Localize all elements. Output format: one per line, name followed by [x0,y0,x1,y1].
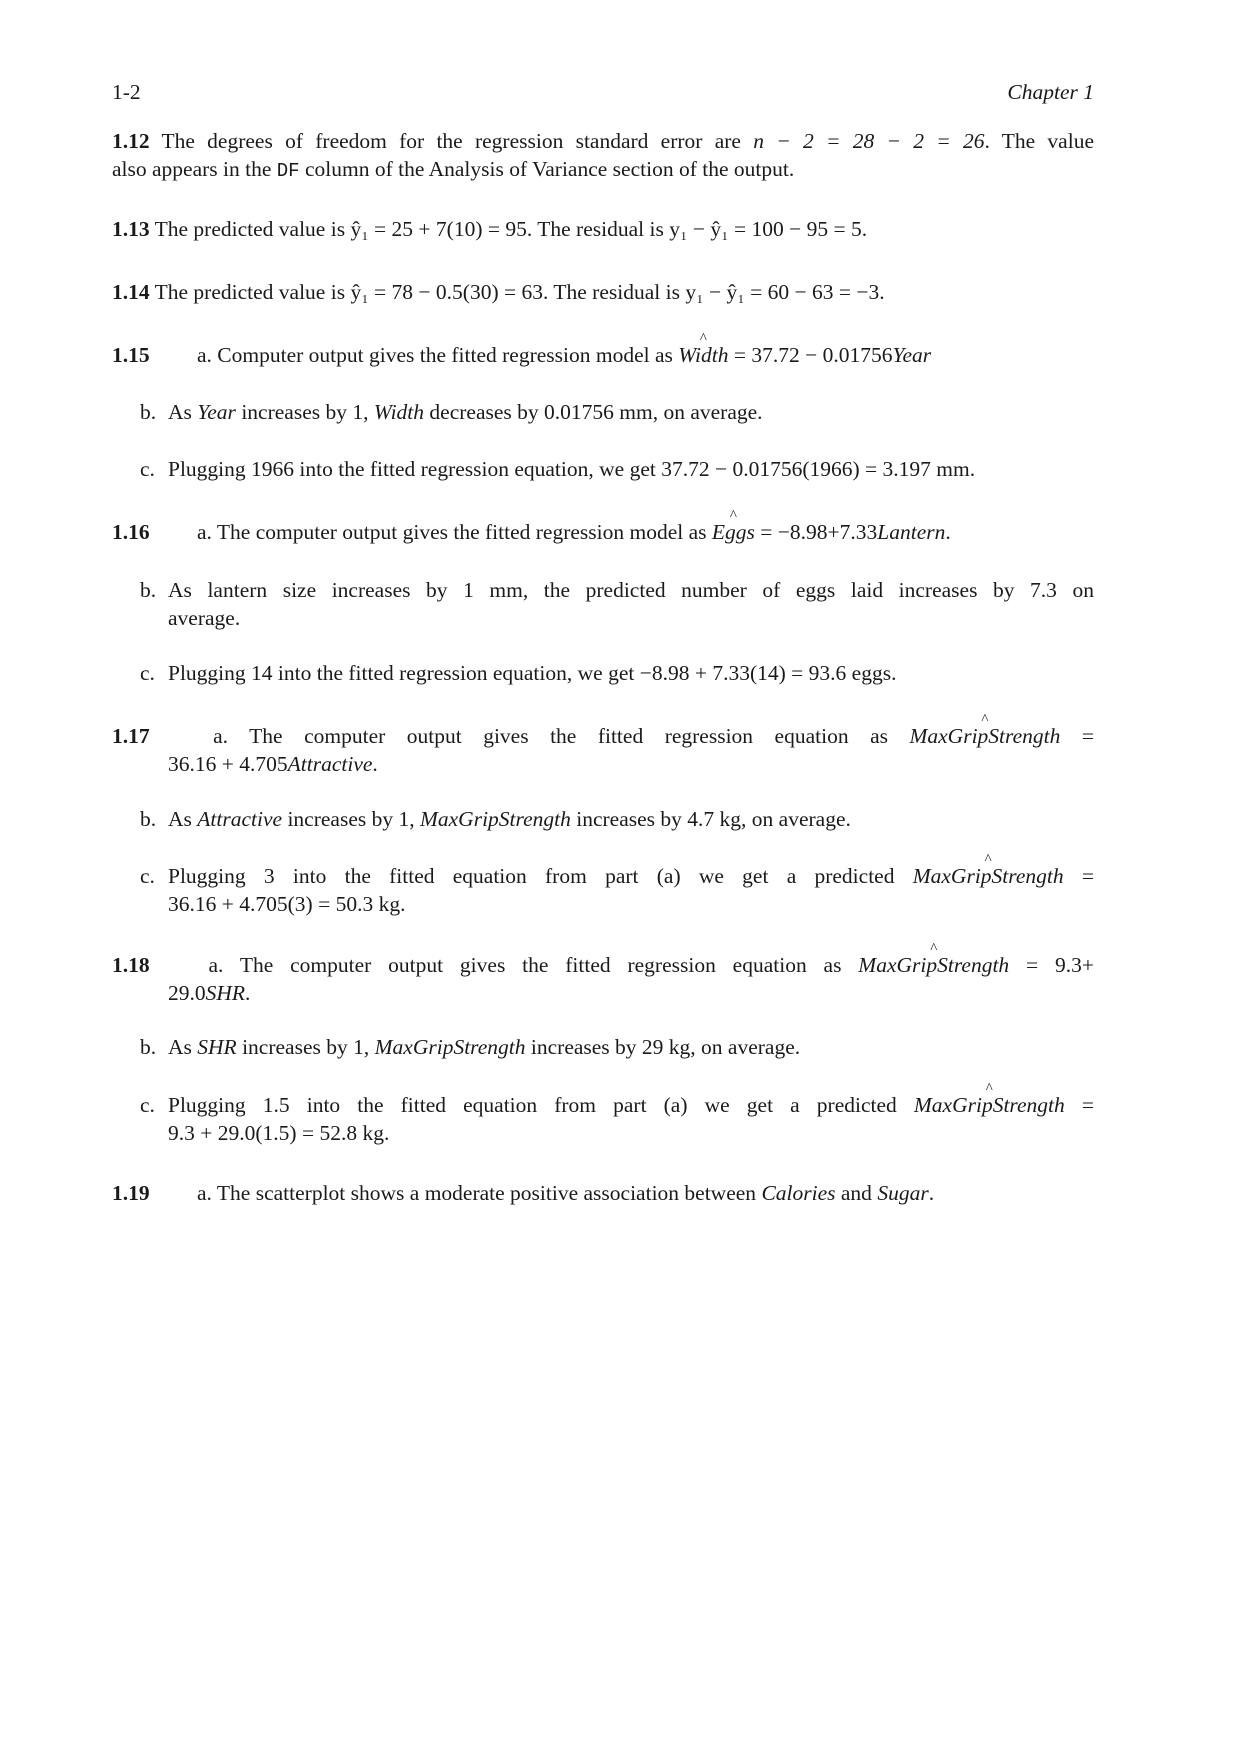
problem-1-15: 1.15 a. Computer output gives the fitted… [112,341,1094,369]
math-response: MaxGripStrength [914,1091,1065,1119]
problem-1-15-c: c. Plugging 1966 into the fitted regress… [140,455,1094,483]
problem-1-18: 1.18 a. The computer output gives the fi… [112,951,1094,1007]
problem-1-14: 1.14 The predicted value is ŷ₁ = 78 − 0.… [112,278,1094,306]
problem-1-18-b: b. As SHR increases by 1, MaxGripStrengt… [140,1033,1094,1061]
problem-1-16: 1.16 a. The computer output gives the fi… [112,518,1094,546]
math: ŷ₁ = 25 + 7(10) = 95 [350,217,526,241]
problem-1-17-c: c. Plugging 3 into the fitted equation f… [140,862,1094,918]
problem-number: 1.16 [112,520,150,544]
chapter-title: Chapter 1 [1007,78,1094,106]
math: y₁ − ŷ₁ = 60 − 63 = −3 [685,280,879,304]
problem-1-18-c: c. Plugging 1.5 into the fitted equation… [140,1091,1094,1147]
math-response: MaxGripStrength [858,951,1009,979]
problem-1-16-c: c. Plugging 14 into the fitted regressio… [140,659,1094,687]
problem-number: 1.14 [112,280,150,304]
problem-1-15-b: b. As Year increases by 1, Width decreas… [140,398,1094,426]
problem-1-17-b: b. As Attractive increases by 1, MaxGrip… [140,805,1094,833]
problem-1-13: 1.13 The predicted value is ŷ₁ = 25 + 7(… [112,215,1094,243]
math-response: Eggs [712,518,755,546]
math-response: MaxGripStrength [909,722,1060,750]
problem-1-17: 1.17 a. The computer output gives the fi… [112,722,1094,778]
math: n − 2 = 28 − 2 = 26 [753,129,984,153]
problem-number: 1.17 [112,724,150,748]
problem-number: 1.15 [112,343,150,367]
problem-1-19: 1.19 a. The scatterplot shows a moderate… [112,1179,1094,1207]
problem-number: 1.18 [112,953,150,977]
problem-1-12: 1.12 The degrees of freedom for the regr… [112,127,1094,185]
math: y₁ − ŷ₁ = 100 − 95 = 5 [669,217,862,241]
problem-1-16-b: b. As lantern size increases by 1 mm, th… [140,576,1094,632]
page-header: 1-2 Chapter 1 [112,78,1094,106]
math: ŷ₁ = 78 − 0.5(30) = 63 [350,280,543,304]
page-number: 1-2 [112,78,141,106]
math-response: Width [678,341,728,369]
code-df: DF [277,160,300,182]
problem-number: 1.12 [112,129,150,153]
math-response: MaxGripStrength [913,862,1064,890]
problem-number: 1.13 [112,217,150,241]
problem-number: 1.19 [112,1181,150,1205]
